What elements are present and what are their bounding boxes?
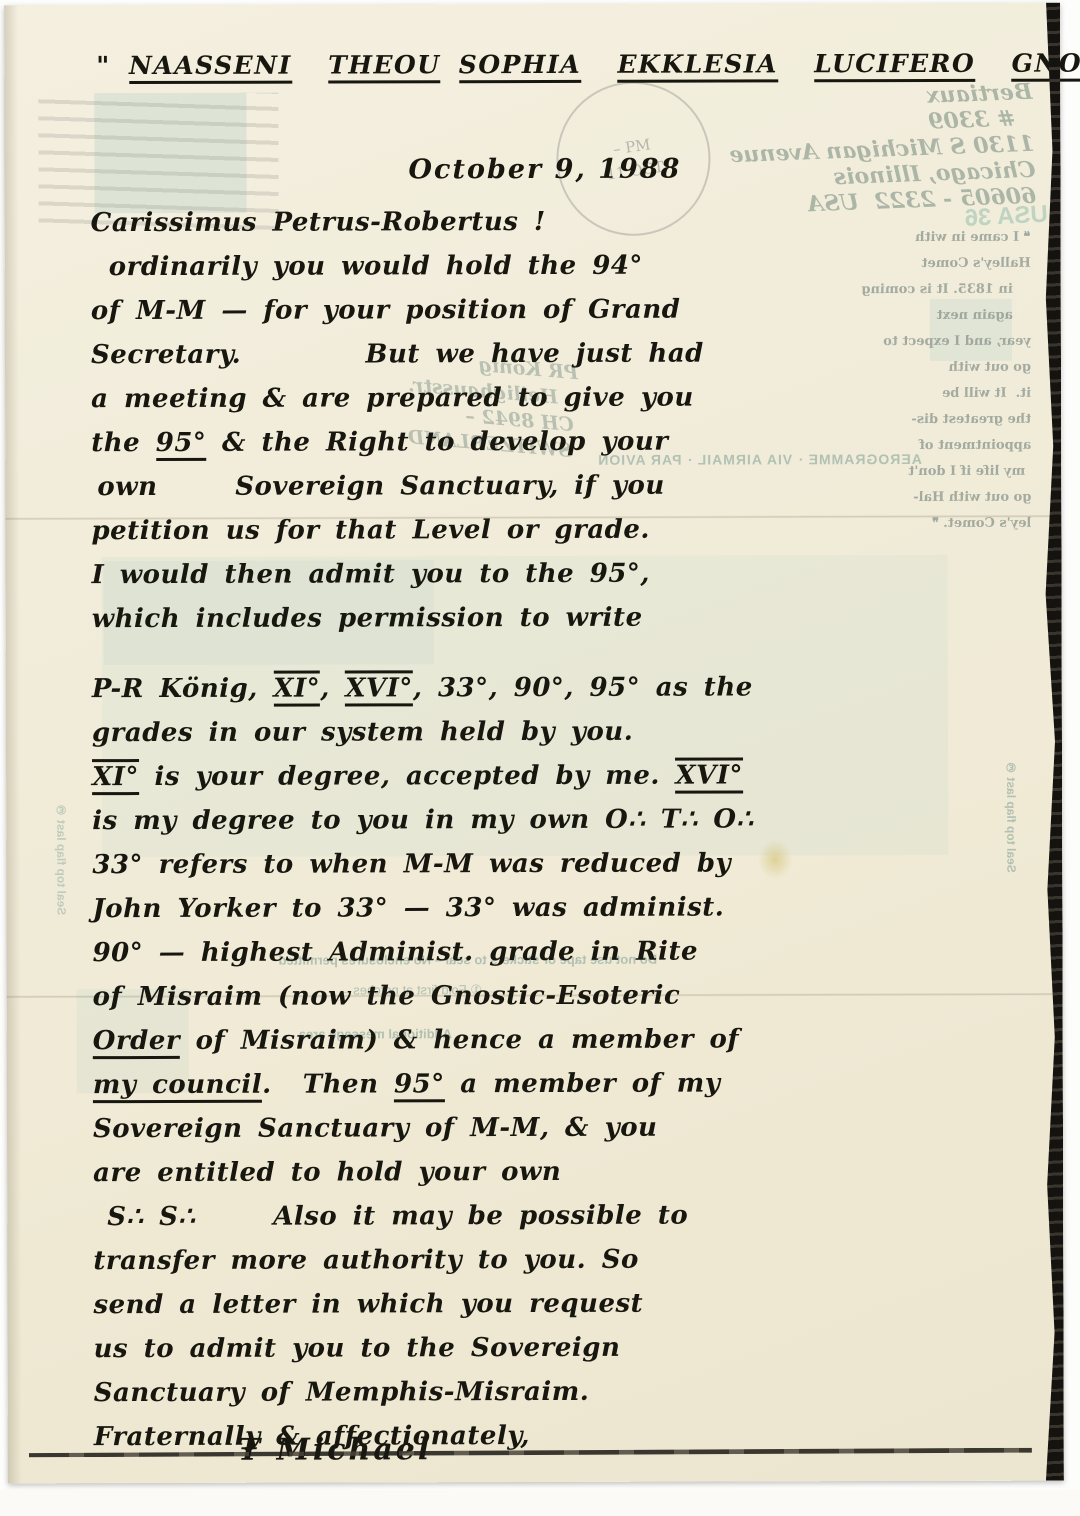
text-run: LUCIFERO (814, 49, 975, 82)
text-run: EKKLESIA (617, 49, 777, 82)
aerogramme-paper: – PM 11 OCT Bertiaux# 33091130 S Michiga… (4, 3, 1064, 1484)
text-run: is your degree, accepted by me. (139, 761, 676, 792)
text-run: NAASSENI (129, 51, 292, 84)
text-line: are entitled to hold your own (93, 1149, 1023, 1195)
text-run (975, 49, 1011, 78)
text-run: a member of my (445, 1069, 721, 1100)
scanned-letter-canvas: – PM 11 OCT Bertiaux# 33091130 S Michiga… (0, 0, 1080, 1516)
scan-background-strip (0, 1490, 1080, 1516)
text-run: P-R König, (92, 674, 274, 704)
text-line: petition us for that Level or grade. (91, 507, 1021, 553)
text-run: XI° (273, 671, 320, 707)
text-run (778, 49, 814, 78)
text-line: my council. Then 95° a member of my (93, 1061, 1023, 1107)
text-line: of Misraim (now the Gnostic-Esoteric (93, 973, 1023, 1019)
text-line: us to admit you to the Sovereign (94, 1325, 1024, 1371)
letter-date: October 9, 1988 (408, 154, 681, 186)
text-run: Order (93, 1026, 180, 1059)
text-run (441, 50, 459, 79)
text-run: , 33°, 90°, 95° as the (413, 672, 753, 703)
text-line: is my degree to you in my own O∴ T∴ O∴ (92, 797, 1022, 843)
text-line: P-R König, XI°, XVI°, 33°, 90°, 95° as t… (92, 665, 1022, 711)
text-line: John Yorker to 33° — 33° was administ. (92, 885, 1022, 931)
text-run: THEOU (328, 50, 440, 83)
text-run (292, 51, 328, 80)
text-run: XI° (92, 759, 139, 795)
text-line: Order of Misraim) & hence a member of (93, 1017, 1023, 1063)
text-line: own Sovereign Sanctuary, if you (97, 463, 1021, 509)
text-line: Carissimus Petrus-Robertus ! (91, 199, 1021, 245)
text-run: of Misraim) & hence a member of (180, 1024, 739, 1055)
text-run: . Then (262, 1069, 394, 1099)
text-line: Secretary. But we have just had (91, 331, 1021, 377)
text-line: of M-M — for your position of Grand (91, 287, 1021, 333)
text-line: Sovereign Sanctuary of M-M, & you (93, 1105, 1023, 1151)
text-line: a meeting & are prepared to give you (91, 375, 1021, 421)
text-line: ordinarily you would hold the 94° (109, 243, 1021, 289)
text-line: I would then admit you to the 95°, (92, 551, 1022, 597)
text-run: XVI° (675, 757, 743, 793)
text-line: 90° — highest Administ. grade in Rite (92, 929, 1022, 975)
text-run (581, 50, 617, 79)
text-run: 95° (156, 428, 207, 461)
text-line: send a letter in which you request (93, 1281, 1023, 1327)
signature: Ŧ Michael (238, 1432, 432, 1468)
text-run: XVI° (345, 670, 413, 706)
text-run: the (91, 428, 156, 458)
text-line: transfer more authority to you. So (93, 1237, 1023, 1283)
text-line: grades in our system held by you. (92, 709, 1022, 755)
text-run: 95° (394, 1069, 445, 1102)
text-run: my council (93, 1070, 262, 1103)
letter-heading: " NAASSENI THEOU SOPHIA EKKLESIA LUCIFER… (96, 49, 996, 80)
text-line: the 95° & the Right to develop your (91, 419, 1021, 465)
text-run: GNOZIS ! (1012, 48, 1080, 81)
text-line: S∴ S∴ Also it may be possible to (107, 1193, 1023, 1239)
text-line: Sanctuary of Memphis-Misraim. (94, 1369, 1024, 1415)
text-run: SOPHIA (459, 50, 581, 83)
text-line: 33° refers to when M-M was reduced by (92, 841, 1022, 887)
seal-flap-label-left: Seal top flap last ③ (54, 685, 69, 915)
edge-shadow-left (4, 5, 22, 1483)
text-line: which includes permission to write (92, 595, 1022, 641)
letter-body: Carissimus Petrus-Robertus !ordinarily y… (91, 199, 1024, 1459)
text-line: XI° is your degree, accepted by me. XVI° (92, 753, 1022, 799)
text-run: , (320, 673, 345, 703)
text-run: " (96, 51, 129, 80)
text-run: & the Right to develop your (206, 427, 668, 458)
